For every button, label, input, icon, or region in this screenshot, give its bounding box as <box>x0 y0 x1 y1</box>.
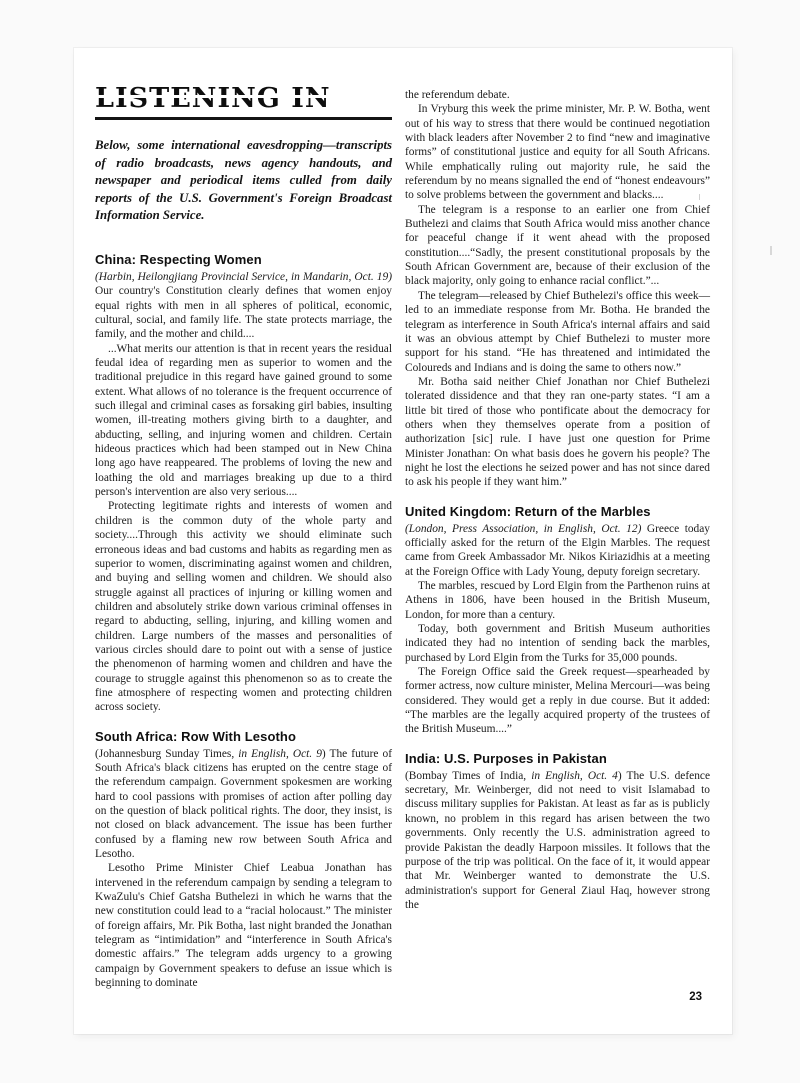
article-paragraph: Mr. Botha said neither Chief Jonathan no… <box>405 375 710 490</box>
paragraph-text: ) The U.S. defence secretary, Mr. Weinbe… <box>405 770 710 911</box>
paragraph-text: The marbles, rescued by Lord Elgin from … <box>405 580 710 621</box>
paragraph-text: ...What merits our attention is that in … <box>95 343 392 498</box>
section-heading: South Africa: Row With Lesotho <box>95 729 392 745</box>
paragraph-text: The Foreign Office said the Greek reques… <box>405 666 710 735</box>
article-paragraph: ...What merits our attention is that in … <box>95 342 392 500</box>
paragraph-text: Today, both government and British Museu… <box>405 623 710 664</box>
section-heading: India: U.S. Purposes in Pakistan <box>405 751 710 767</box>
paragraph-text: The telegram—released by Chief Buthelezi… <box>405 290 710 374</box>
article-paragraph: (Bombay Times of India, in English, Oct.… <box>405 769 710 912</box>
column-left: LISTENING IN Below, some international e… <box>95 84 392 990</box>
article-paragraph: Lesotho Prime Minister Chief Leabua Jona… <box>95 861 392 990</box>
section-heading: United Kingdom: Return of the Marbles <box>405 504 710 520</box>
paragraph-text: Lesotho Prime Minister Chief Leabua Jona… <box>95 862 392 989</box>
paragraph-text: Mr. Botha said neither Chief Jonathan no… <box>405 376 710 488</box>
page-number: 23 <box>405 991 702 1003</box>
paragraph-text: ) The future of South Africa's black cit… <box>95 748 392 860</box>
paragraph-text: (Bombay Times of India, <box>405 770 531 782</box>
scan-canvas: LISTENING IN Below, some international e… <box>0 0 800 1083</box>
intro-text: Below, some international eavesdropping—… <box>95 137 392 225</box>
source-citation: (London, Press Association, in English, … <box>405 523 641 535</box>
source-citation: in English, Oct. 4 <box>531 770 618 782</box>
article-paragraph: The marbles, rescued by Lord Elgin from … <box>405 579 710 622</box>
article-paragraph: (London, Press Association, in English, … <box>405 522 710 579</box>
article-paragraph: (Johannesburg Sunday Times, in English, … <box>95 747 392 862</box>
paragraph-text: (Johannesburg Sunday Times, <box>95 748 238 760</box>
article-paragraph: Today, both government and British Museu… <box>405 622 710 665</box>
paragraph-text: The telegram is a response to an earlier… <box>405 204 710 288</box>
article-paragraph: (Harbin, Heilongjiang Provincial Service… <box>95 270 392 342</box>
column-right: the referendum debate.In Vryburg this we… <box>405 88 710 912</box>
paragraph-text: Our country's Constitution clearly defin… <box>95 285 392 340</box>
article-paragraph: The telegram—released by Chief Buthelezi… <box>405 289 710 375</box>
article-paragraph: Protecting legitimate rights and interes… <box>95 499 392 714</box>
scan-artifact <box>770 246 772 255</box>
masthead-rule <box>95 117 392 120</box>
paragraph-text: In Vryburg this week the prime minister,… <box>405 103 710 201</box>
left-column-articles: China: Respecting Women(Harbin, Heilongj… <box>95 252 392 991</box>
article-paragraph: The Foreign Office said the Greek reques… <box>405 665 710 737</box>
article-paragraph: The telegram is a response to an earlier… <box>405 203 710 289</box>
source-citation: in English, Oct. 9 <box>238 748 322 760</box>
right-column-articles: the referendum debate.In Vryburg this we… <box>405 88 710 912</box>
article-paragraph: In Vryburg this week the prime minister,… <box>405 102 710 202</box>
section-heading: China: Respecting Women <box>95 252 392 268</box>
paragraph-text: the referendum debate. <box>405 89 510 101</box>
article-paragraph: the referendum debate. <box>405 88 710 102</box>
source-citation: (Harbin, Heilongjiang Provincial Service… <box>95 271 392 283</box>
masthead-title: LISTENING IN <box>95 84 392 114</box>
paragraph-text: Protecting legitimate rights and interes… <box>95 500 392 713</box>
